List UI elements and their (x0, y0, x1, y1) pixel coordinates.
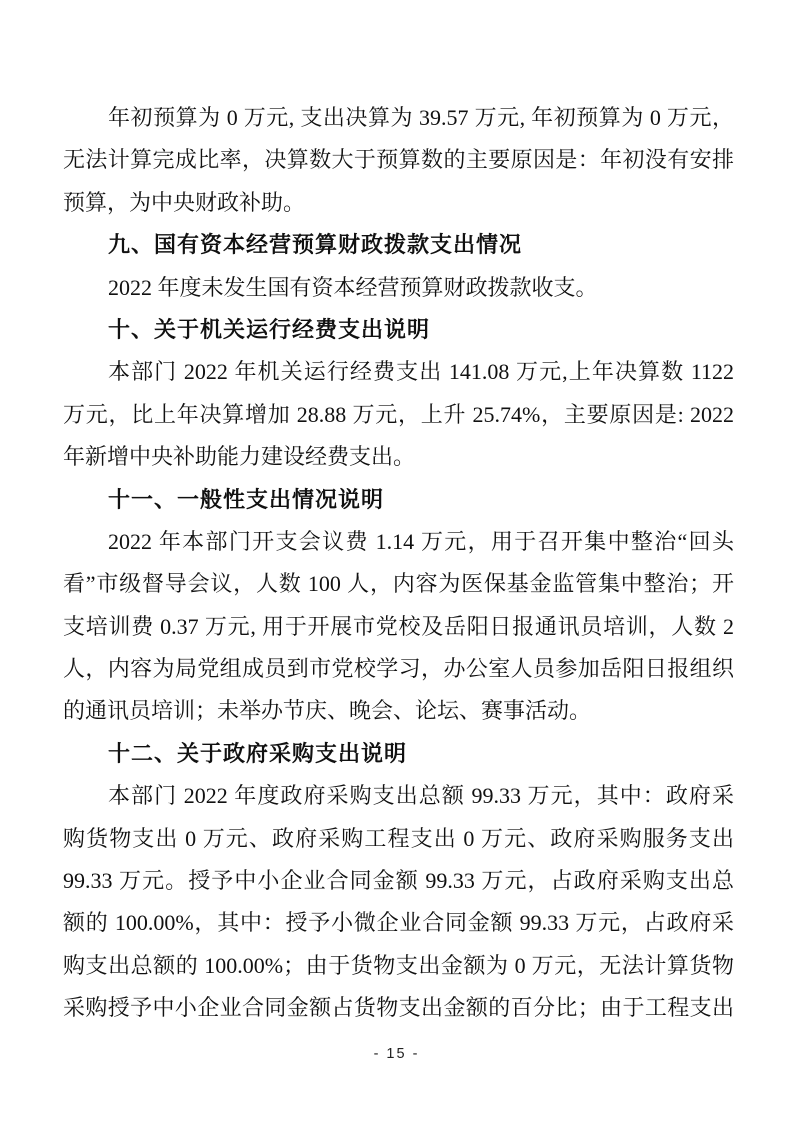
paragraph-line: 本部门 2022 年度政府采购支出总额 99.33 万元，其中：政府采 (63, 775, 734, 817)
paragraph-line: 人，内容为局党组成员到市党校学习，办公室人员参加岳阳日报组织 (63, 648, 734, 690)
section-heading-11: 十一、一般性支出情况说明 (63, 479, 734, 521)
paragraph-line: 购货物支出 0 万元、政府采购工程支出 0 万元、政府采购服务支出 (63, 818, 734, 860)
section-heading-12: 十二、关于政府采购支出说明 (63, 733, 734, 775)
paragraph-line: 预算，为中央财政补助。 (63, 182, 734, 224)
paragraph-line: 2022 年本部门开支会议费 1.14 万元，用于召开集中整治“回头 (63, 521, 734, 563)
document-body: 年初预算为 0 万元, 支出决算为 39.57 万元, 年初预算为 0 万元， … (63, 97, 734, 1030)
section-heading-9: 九、国有资本经营预算财政拨款支出情况 (63, 224, 734, 266)
paragraph-line: 支培训费 0.37 万元, 用于开展市党校及岳阳日报通讯员培训，人数 2 (63, 606, 734, 648)
paragraph-line: 无法计算完成比率，决算数大于预算数的主要原因是：年初没有安排 (63, 139, 734, 181)
section-heading-10: 十、关于机关运行经费支出说明 (63, 309, 734, 351)
paragraph-line: 年新增中央补助能力建设经费支出。 (63, 436, 734, 478)
paragraph-line: 看”市级督导会议，人数 100 人，内容为医保基金监管集中整治；开 (63, 563, 734, 605)
paragraph-line: 购支出总额的 100.00%；由于货物支出金额为 0 万元，无法计算货物 (63, 945, 734, 987)
paragraph-line: 额的 100.00%，其中：授予小微企业合同金额 99.33 万元，占政府采 (63, 902, 734, 944)
paragraph-line: 年初预算为 0 万元, 支出决算为 39.57 万元, 年初预算为 0 万元， (63, 97, 734, 139)
paragraph-line: 的通讯员培训；未举办节庆、晚会、论坛、赛事活动。 (63, 690, 734, 732)
paragraph-line: 本部门 2022 年机关运行经费支出 141.08 万元,上年决算数 1122 (63, 351, 734, 393)
paragraph-line: 2022 年度未发生国有资本经营预算财政拨款收支。 (63, 267, 734, 309)
paragraph-line: 万元，比上年决算增加 28.88 万元，上升 25.74%，主要原因是: 202… (63, 394, 734, 436)
paragraph-line: 99.33 万元。授予中小企业合同金额 99.33 万元，占政府采购支出总 (63, 860, 734, 902)
page-number: - 15 - (0, 1046, 793, 1062)
document-page: 年初预算为 0 万元, 支出决算为 39.57 万元, 年初预算为 0 万元， … (0, 0, 793, 1122)
paragraph-line: 采购授予中小企业合同金额占货物支出金额的百分比；由于工程支出 (63, 987, 734, 1029)
